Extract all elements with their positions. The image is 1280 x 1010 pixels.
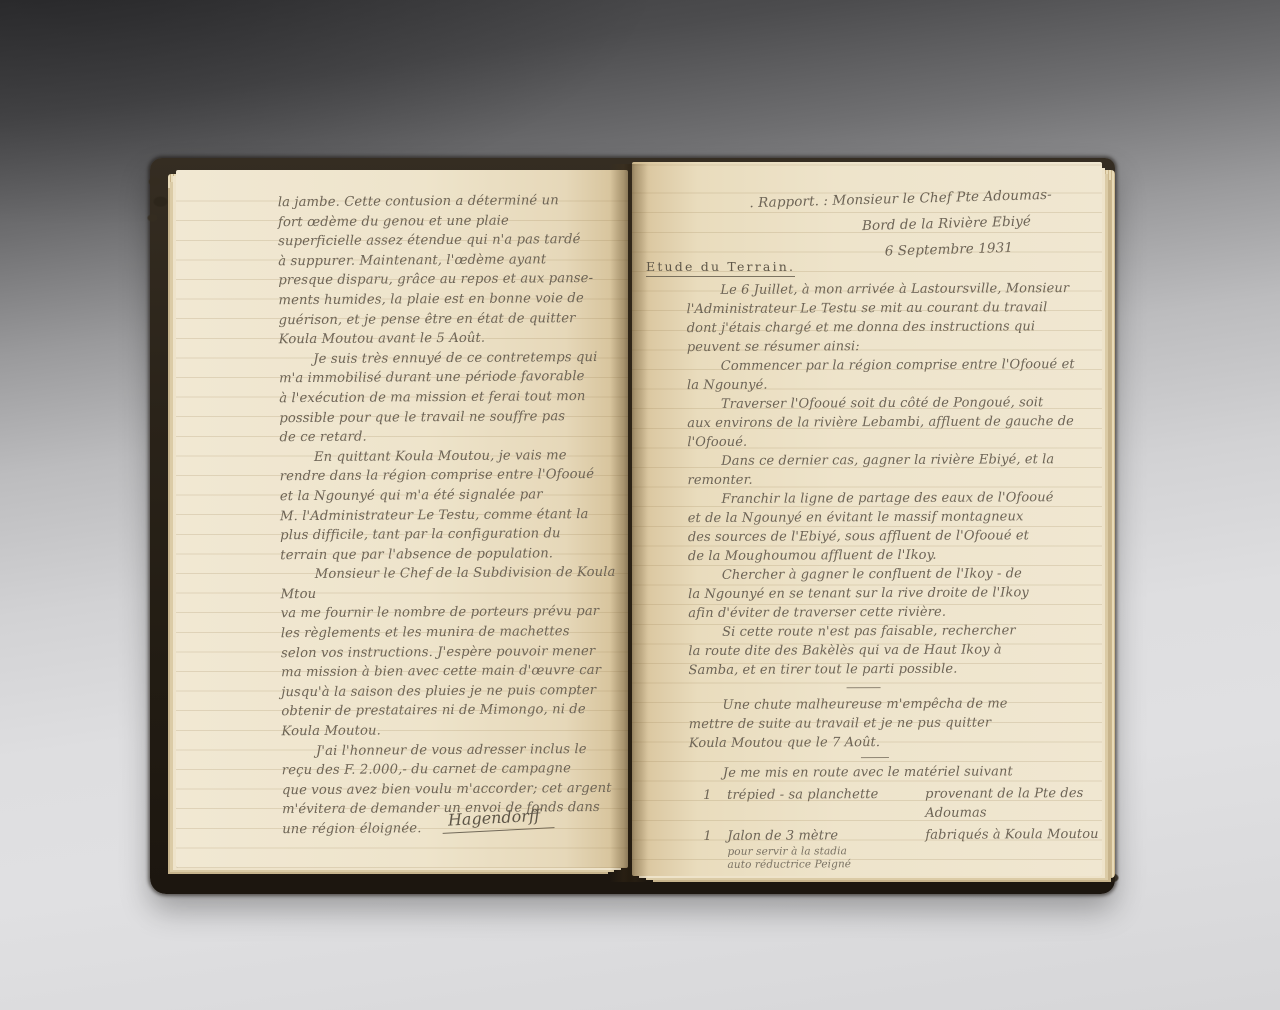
handwritten-line: Je suis très ennuyé de ce contretemps qu…	[279, 348, 621, 370]
handwritten-line: jusqu'à la saison des pluies je ne puis …	[281, 681, 623, 703]
report-date-line: 6 Septembre 1931	[884, 234, 1053, 265]
material-note: auto réductrice Peigné	[689, 857, 1099, 872]
handwritten-line: Koula Moutou.	[281, 720, 623, 742]
handwritten-line: la jambe. Cette contusion a déterminé un	[278, 191, 620, 213]
handwritten-line: Commencer par la région comprise entre l…	[687, 355, 1097, 376]
handwritten-line: l'Ofooué.	[687, 431, 1097, 452]
handwritten-line: la Ngounyé.	[687, 374, 1097, 395]
report-header: . Rapport. : Monsieur le Chef Pte Adouma…	[749, 182, 1054, 268]
instructions-block: Le 6 Juillet, à mon arrivée à Lastoursvi…	[686, 279, 1098, 680]
handwritten-line: Si cette route n'est pas faisable, reche…	[688, 621, 1098, 642]
material-qty: 1	[689, 786, 727, 824]
material-origin: fabriqués à Koula Moutou	[925, 825, 1099, 845]
handwritten-line: peuvent se résumer ainsi:	[687, 336, 1097, 357]
handwritten-line: fort œdème du genou et une plaie	[278, 210, 620, 232]
handwritten-line: les règlements et les munira de machette…	[281, 622, 623, 644]
handwritten-line: Une chute malheureuse m'empêcha de me	[689, 694, 1099, 715]
handwritten-line: m'a immobilisé durant une période favora…	[279, 367, 621, 389]
right-page-edge-stack	[1100, 170, 1115, 878]
right-page-text: Le 6 Juillet, à mon arrivée à Lastoursvi…	[686, 279, 1099, 872]
handwritten-line: à l'exécution de ma mission et ferai tou…	[279, 387, 621, 409]
handwritten-line: terrain que par l'absence de population.	[280, 543, 622, 565]
handwritten-line: que vous avez bien voulu m'accorder; cet…	[282, 779, 624, 801]
materials-list: Je me mis en route avec le matériel suiv…	[689, 762, 1100, 872]
handwritten-line: J'ai l'honneur de vous adresser inclus l…	[282, 739, 624, 761]
handwritten-line: mettre de suite au travail et je ne pus …	[689, 713, 1099, 734]
handwritten-line: M. l'Administrateur Le Testu, comme étan…	[280, 504, 622, 526]
handwritten-line: selon vos instructions. J'espère pouvoir…	[281, 641, 623, 663]
materials-intro: Je me mis en route avec le matériel suiv…	[689, 762, 1099, 783]
handwritten-line: Chercher à gagner le confluent de l'Ikoy…	[688, 564, 1098, 585]
right-page: . Rapport. : Monsieur le Chef Pte Adouma…	[632, 162, 1102, 876]
handwritten-line: remonter.	[687, 469, 1097, 490]
handwritten-line: obtenir de prestataires ni de Mimongo, n…	[281, 700, 623, 722]
handwritten-line: va me fournir le nombre de porteurs prév…	[281, 602, 623, 624]
open-notebook: la jambe. Cette contusion a déterminé un…	[150, 158, 1115, 894]
handwritten-line: l'Administrateur Le Testu se mit au cour…	[687, 298, 1097, 319]
handwritten-line: la Ngounyé en se tenant sur la rive droi…	[688, 583, 1098, 604]
handwritten-line: Koula Moutou avant le 5 Août.	[279, 328, 621, 350]
handwritten-line: En quittant Koula Moutou, je vais me	[280, 446, 622, 468]
handwritten-line: ma mission à bien avec cette main d'œuvr…	[281, 661, 623, 683]
handwritten-line: Dans ce dernier cas, gagner la rivière E…	[687, 450, 1097, 471]
section-heading: Etude du Terrain.	[646, 259, 795, 277]
handwritten-line: dont j'étais chargé et me donna des inst…	[687, 317, 1097, 338]
handwritten-line: Le 6 Juillet, à mon arrivée à Lastoursvi…	[686, 279, 1096, 300]
left-page-text: la jambe. Cette contusion a déterminé un…	[278, 191, 625, 840]
handwritten-line: la route dite des Bakèlès qui va de Haut…	[688, 640, 1098, 661]
material-name: trépied - sa planchette	[727, 785, 925, 824]
handwritten-line: de la Moughoumou affluent de l'Ikoy.	[688, 545, 1098, 566]
handwritten-line: des sources de l'Ebiyé, sous affluent de…	[688, 526, 1098, 547]
handwritten-line: ments humides, la plaie est en bonne voi…	[278, 289, 620, 311]
handwritten-line: à suppurer. Maintenant, l'œdème ayant	[278, 250, 620, 272]
handwritten-line: afin d'éviter de traverser cette rivière…	[688, 602, 1098, 623]
divider-line	[861, 757, 889, 758]
material-item: 1 Jalon de 3 mètre fabriqués à Koula Mou…	[689, 825, 1099, 846]
material-item: 1 trépied - sa planchette provenant de l…	[689, 784, 1099, 824]
handwritten-line: presque disparu, grâce au repos et aux p…	[278, 269, 620, 291]
material-qty: 1	[689, 827, 727, 846]
handwritten-line: rendre dans la région comprise entre l'O…	[280, 465, 622, 487]
left-page: la jambe. Cette contusion a déterminé un…	[176, 170, 628, 868]
handwritten-line: Monsieur le Chef de la Subdivision de Ko…	[280, 563, 622, 605]
handwritten-line: Franchir la ligne de partage des eaux de…	[688, 488, 1098, 509]
report-place-line: Bord de la Rivière Ebiyé	[862, 208, 1053, 239]
handwritten-line: aux environs de la rivière Lebambi, affl…	[687, 412, 1097, 433]
handwritten-line: Koula Moutou que le 7 Août.	[689, 732, 1099, 753]
handwritten-line: possible pour que le travail ne souffre …	[279, 406, 621, 428]
accident-block: Une chute malheureuse m'empêcha de memet…	[689, 694, 1099, 753]
handwritten-line: Samba, et en tirer tout le parti possibl…	[688, 659, 1098, 680]
material-name: Jalon de 3 mètre	[727, 826, 925, 846]
handwritten-line: et de la Ngounyé en évitant le massif mo…	[688, 507, 1098, 528]
handwritten-line: guérison, et je pense être en état de qu…	[279, 308, 621, 330]
handwritten-line: plus difficile, tant par la configuratio…	[280, 524, 622, 546]
handwritten-line: superficielle assez étendue qui n'a pas …	[278, 230, 620, 252]
handwritten-line: et la Ngounyé qui m'a été signalée par	[280, 485, 622, 507]
handwritten-line: de ce retard.	[279, 426, 621, 448]
divider-line	[847, 687, 881, 688]
photo-background: la jambe. Cette contusion a déterminé un…	[0, 0, 1280, 1010]
handwritten-line: reçu des F. 2.000,- du carnet de campagn…	[282, 759, 624, 781]
material-origin: provenant de la Pte des Adoumas	[925, 784, 1099, 823]
handwritten-line: Traverser l'Ofooué soit du côté de Pongo…	[687, 393, 1097, 414]
